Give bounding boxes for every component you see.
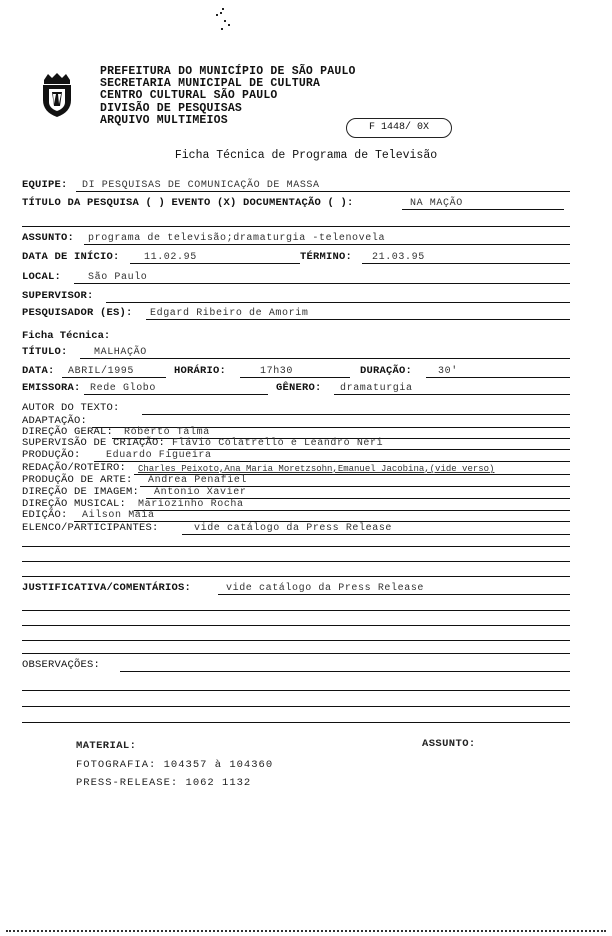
duracao-value: 30' [438, 366, 458, 377]
blank-line [22, 625, 570, 626]
credit-row: PRODUÇÃO:Eduardo Figueira [22, 448, 570, 462]
press-release-range: PRESS-RELEASE: 1062 1132 [76, 777, 251, 789]
titulo-value: MALHAÇÃO [94, 347, 147, 358]
material-label: MATERIAL: [76, 740, 136, 752]
termino-label: TÉRMINO: [300, 251, 352, 263]
titulo-pesquisa-value: NA MAÇÃO [410, 198, 463, 209]
credit-value: vide catálogo da Press Release [194, 523, 392, 534]
form-title: Ficha Técnica de Programa de Televisão [0, 149, 612, 162]
header-line: ARQUIVO MULTIMEIOS [100, 115, 356, 127]
justificativa-label: JUSTIFICATIVA/COMENTÁRIOS: [22, 582, 191, 594]
header-line: CENTRO CULTURAL SÃO PAULO [100, 90, 356, 102]
blank-line [22, 610, 570, 611]
pesquisador-value: Edgard Ribeiro de Amorim [150, 308, 308, 319]
field-emissora-genero: EMISSORA: Rede Globo GÊNERO: dramaturgia [22, 381, 570, 395]
data-inicio-label: DATA DE INÍCIO: [22, 251, 120, 263]
blank-line [22, 561, 570, 562]
blank-line [22, 546, 570, 547]
blank-line [22, 722, 570, 723]
genero-value: dramaturgia [340, 383, 413, 394]
field-equipe: EQUIPE: DI PESQUISAS DE COMUNICAÇÃO DE M… [22, 178, 570, 192]
blank-line [22, 706, 570, 707]
credit-label: ELENCO/PARTICIPANTES: [22, 522, 159, 534]
scan-artifact [212, 8, 230, 34]
credit-value: Eduardo Figueira [106, 450, 212, 461]
horario-label: HORÁRIO: [174, 365, 226, 377]
header-line: DIVISÃO DE PESQUISAS [100, 103, 356, 115]
field-local: LOCAL: São Paulo [22, 270, 570, 284]
genero-label: GÊNERO: [276, 382, 322, 394]
equipe-label: EQUIPE: [22, 179, 68, 191]
fotografia-range: FOTOGRAFIA: 104357 à 104360 [76, 759, 273, 771]
local-value: São Paulo [88, 272, 147, 283]
blank-line [22, 226, 570, 227]
credit-label: EDIÇÃO: [22, 509, 68, 521]
titulo-pesquisa-label: TÍTULO DA PESQUISA ( ) EVENTO (X) DOCUME… [22, 197, 354, 209]
field-pesquisador: PESQUISADOR (ES): Edgard Ribeiro de Amor… [22, 306, 570, 320]
supervisor-label: SUPERVISOR: [22, 290, 94, 302]
scan-edge-artifact [6, 930, 606, 934]
observacoes-label: OBSERVAÇÕES: [22, 659, 100, 671]
credit-label: PRODUÇÃO: [22, 449, 81, 461]
city-crest-icon [40, 72, 74, 118]
data-inicio-value: 11.02.95 [144, 252, 197, 263]
archive-stamp: F 1448/ 0X [346, 118, 452, 138]
field-observacoes: OBSERVAÇÕES: [22, 658, 570, 672]
assunto-label: ASSUNTO: [22, 232, 74, 244]
horario-value: 17h30 [260, 366, 293, 377]
credit-row: AUTOR DO TEXTO: [22, 401, 570, 415]
field-data-horario-duracao: DATA: ABRIL/1995 HORÁRIO: 17h30 DURAÇÃO:… [22, 364, 570, 378]
justificativa-value: vide catálogo da Press Release [226, 583, 424, 594]
credit-row: EDIÇÃO:Ailson Maia [22, 508, 570, 522]
blank-line [22, 640, 570, 641]
data-label: DATA: [22, 365, 55, 377]
equipe-value: DI PESQUISAS DE COMUNICAÇÃO DE MASSA [82, 180, 320, 191]
emissora-label: EMISSORA: [22, 382, 81, 394]
blank-line [22, 576, 570, 577]
field-titulo: TÍTULO: MALHAÇÃO [22, 345, 570, 359]
field-supervisor: SUPERVISOR: [22, 289, 570, 303]
ficha-tecnica-heading: Ficha Técnica: [22, 330, 110, 342]
emissora-value: Rede Globo [90, 383, 156, 394]
blank-line [22, 690, 570, 691]
credit-value: Ailson Maia [82, 510, 155, 521]
termino-value: 21.03.95 [372, 252, 425, 263]
duracao-label: DURAÇÃO: [360, 365, 412, 377]
credit-label: AUTOR DO TEXTO: [22, 402, 120, 414]
material-assunto-label: ASSUNTO: [422, 738, 476, 750]
titulo-label: TÍTULO: [22, 346, 68, 358]
field-justificativa: JUSTIFICATIVA/COMENTÁRIOS: vide catálogo… [22, 581, 570, 595]
credit-row: ELENCO/PARTICIPANTES:vide catálogo da Pr… [22, 521, 570, 535]
pesquisador-label: PESQUISADOR (ES): [22, 307, 133, 319]
blank-line [22, 653, 570, 654]
assunto-value: programa de televisão;dramaturgia -telen… [88, 233, 385, 244]
local-label: LOCAL: [22, 271, 61, 283]
field-assunto: ASSUNTO: programa de televisão;dramaturg… [22, 231, 570, 245]
field-datas: DATA DE INÍCIO: 11.02.95 TÉRMINO: 21.03.… [22, 250, 570, 264]
institution-header: PREFEITURA DO MUNICÍPIO DE SÃO PAULO SEC… [100, 66, 356, 127]
field-titulo-pesquisa: TÍTULO DA PESQUISA ( ) EVENTO (X) DOCUME… [22, 196, 570, 210]
data-value: ABRIL/1995 [68, 366, 134, 377]
